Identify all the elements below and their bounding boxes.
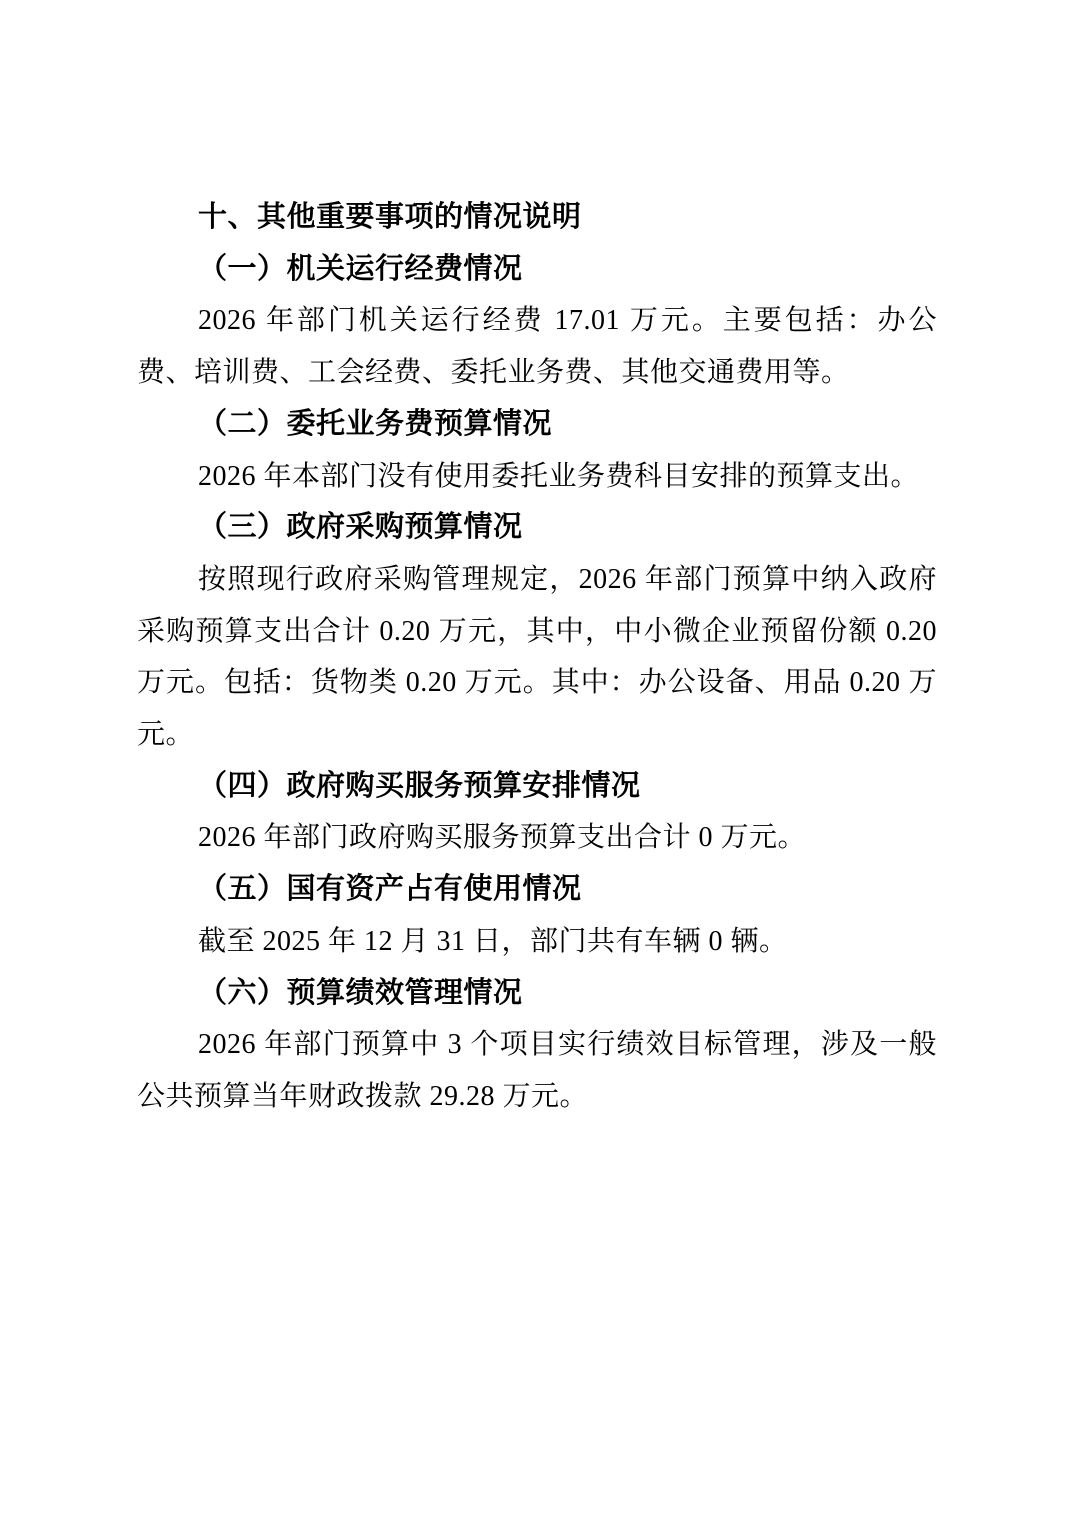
subheading-agency-operating-expenses: （一）机关运行经费情况: [137, 244, 937, 296]
paragraph-agency-operating-expenses: 2026 年部门机关运行经费 17.01 万元。主要包括：办公费、培训费、工会经…: [137, 295, 937, 398]
paragraph-budget-performance-management: 2026 年部门预算中 3 个项目实行绩效目标管理，涉及一般公共预算当年财政拨款…: [137, 1019, 937, 1122]
document-page: 十、其他重要事项的情况说明 （一）机关运行经费情况 2026 年部门机关运行经费…: [0, 0, 1074, 1520]
paragraph-entrusted-business-fee-budget: 2026 年本部门没有使用委托业务费科目安排的预算支出。: [137, 451, 937, 503]
paragraph-government-procurement-budget: 按照现行政府采购管理规定，2026 年部门预算中纳入政府采购预算支出合计 0.2…: [137, 554, 937, 761]
paragraph-government-purchased-services-budget: 2026 年部门政府购买服务预算支出合计 0 万元。: [137, 812, 937, 864]
subheading-state-owned-assets-usage: （五）国有资产占有使用情况: [137, 864, 937, 916]
paragraph-state-owned-assets-usage: 截至 2025 年 12 月 31 日，部门共有车辆 0 辆。: [137, 916, 937, 968]
section-heading-other-important-matters: 十、其他重要事项的情况说明: [137, 192, 937, 244]
subheading-government-procurement-budget: （三）政府采购预算情况: [137, 502, 937, 554]
document-content: 十、其他重要事项的情况说明 （一）机关运行经费情况 2026 年部门机关运行经费…: [0, 0, 1074, 1123]
subheading-budget-performance-management: （六）预算绩效管理情况: [137, 968, 937, 1020]
subheading-entrusted-business-fee-budget: （二）委托业务费预算情况: [137, 399, 937, 451]
subheading-government-purchased-services-budget: （四）政府购买服务预算安排情况: [137, 761, 937, 813]
